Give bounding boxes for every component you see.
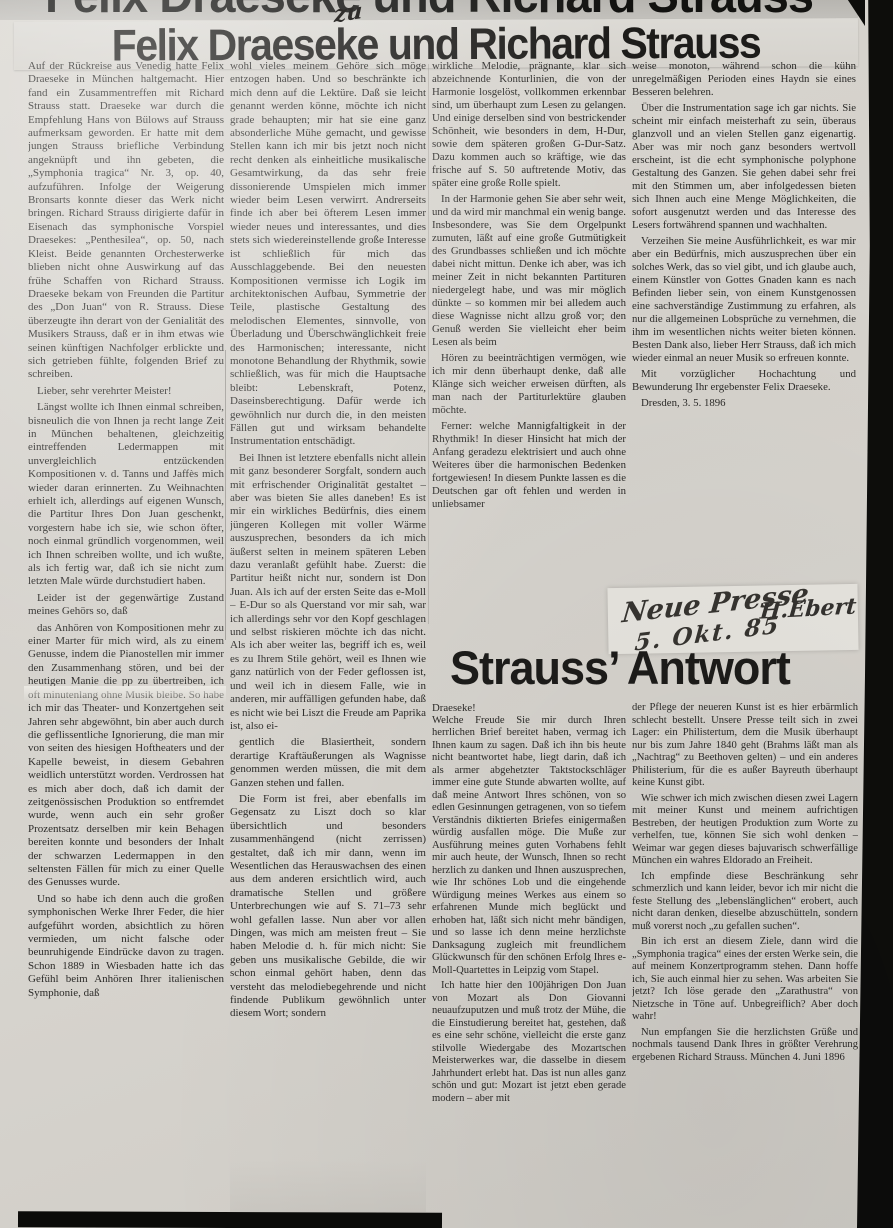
paragraph: Ferner: welche Mannigfaltigkeit in der R… bbox=[432, 420, 626, 511]
paragraph: Nun empfangen Sie die herzlichsten Grüße… bbox=[632, 1027, 858, 1065]
paragraph: Längst wollte ich Ihnen einmal schreiben… bbox=[28, 401, 224, 589]
paragraph: Leider ist der gegenwärtige Zustand mein… bbox=[28, 592, 224, 619]
scan-bottom-black-bar bbox=[18, 1211, 442, 1228]
scan-right-black-edge bbox=[853, 0, 893, 1228]
paragraph: Mit vorzüglicher Hochachtung und Bewunde… bbox=[632, 368, 856, 394]
paragraph: Auf der Rückreise aus Venedig hatte Feli… bbox=[28, 60, 224, 382]
paragraph: wohl vieles meinem Gehöre sich möge entz… bbox=[230, 60, 426, 449]
paragraph: weise monoton, während schon die kühn un… bbox=[632, 60, 856, 99]
paragraph: wirkliche Melodie, prägnante, klar sich … bbox=[432, 60, 626, 190]
paragraph: Hören zu beeinträchtigen vermögen, wie i… bbox=[432, 352, 626, 417]
paragraph: Ich empfinde diese Beschränkung sehr sch… bbox=[632, 871, 858, 934]
second-headline: Strauss’ Antwort bbox=[450, 638, 884, 697]
paragraph: Bin ich erst an diesem Ziele, dann wird … bbox=[632, 936, 858, 1024]
reply-column-3-bottom: Draeseke! Welche Freude Sie mir durch Ih… bbox=[432, 702, 626, 1228]
article-column-3-top: wirkliche Melodie, prägnante, klar sich … bbox=[432, 60, 626, 642]
handwritten-correction-mark: zu bbox=[334, 0, 363, 28]
column-rule-artifact bbox=[428, 64, 429, 624]
article-column-2: wohl vieles meinem Gehöre sich möge entz… bbox=[230, 60, 426, 1210]
reply-column-4-bottom: der Pflege der neueren Kunst ist es hier… bbox=[632, 702, 858, 1228]
newspaper-scan-page: Felix Draeseke und Richard Strauss Felix… bbox=[0, 0, 893, 1228]
paragraph: Wie schwer ich mich zwischen diesen zwei… bbox=[632, 793, 858, 868]
paragraph: Dresden, 3. 5. 1896 bbox=[632, 397, 856, 410]
paragraph: In der Harmonie gehen Sie aber sehr weit… bbox=[432, 193, 626, 349]
paragraph: gentlich die Blasiertheit, sondern derar… bbox=[230, 736, 426, 790]
paragraph: der Pflege der neueren Kunst ist es hier… bbox=[632, 702, 858, 790]
paragraph: Lieber, sehr verehrter Meister! bbox=[28, 385, 224, 398]
paragraph: Und so habe ich denn auch die großen sym… bbox=[28, 893, 224, 1000]
scan-fold-artifact bbox=[24, 686, 226, 702]
paragraph: Welche Freude Sie mir durch Ihren herrli… bbox=[432, 715, 626, 978]
paragraph: Ich hatte hier den 100jährigen Don Juan … bbox=[432, 980, 626, 1105]
reply-column-3-paragraphs: Welche Freude Sie mir durch Ihren herrli… bbox=[432, 715, 626, 1106]
paragraph: Verzeihen Sie meine Ausführlichkeit, es … bbox=[632, 235, 856, 365]
column-rule-artifact bbox=[225, 350, 226, 640]
handwritten-initials: H.Ebert bbox=[759, 593, 858, 624]
reply-salutation: Draeseke! bbox=[432, 702, 626, 715]
paragraph: Bei Ihnen ist letztere ebenfalls nicht a… bbox=[230, 452, 426, 734]
paragraph: Über die Instrumentation sage ich gar ni… bbox=[632, 102, 856, 232]
paragraph: das Anhören von Kompositionen mehr zu ei… bbox=[28, 622, 224, 890]
article-column-4-top: weise monoton, während schon die kühn un… bbox=[632, 60, 856, 596]
article-column-1: Auf der Rückreise aus Venedig hatte Feli… bbox=[28, 60, 224, 1210]
paragraph: Die Form ist frei, aber ebenfalls im Geg… bbox=[230, 793, 426, 1021]
